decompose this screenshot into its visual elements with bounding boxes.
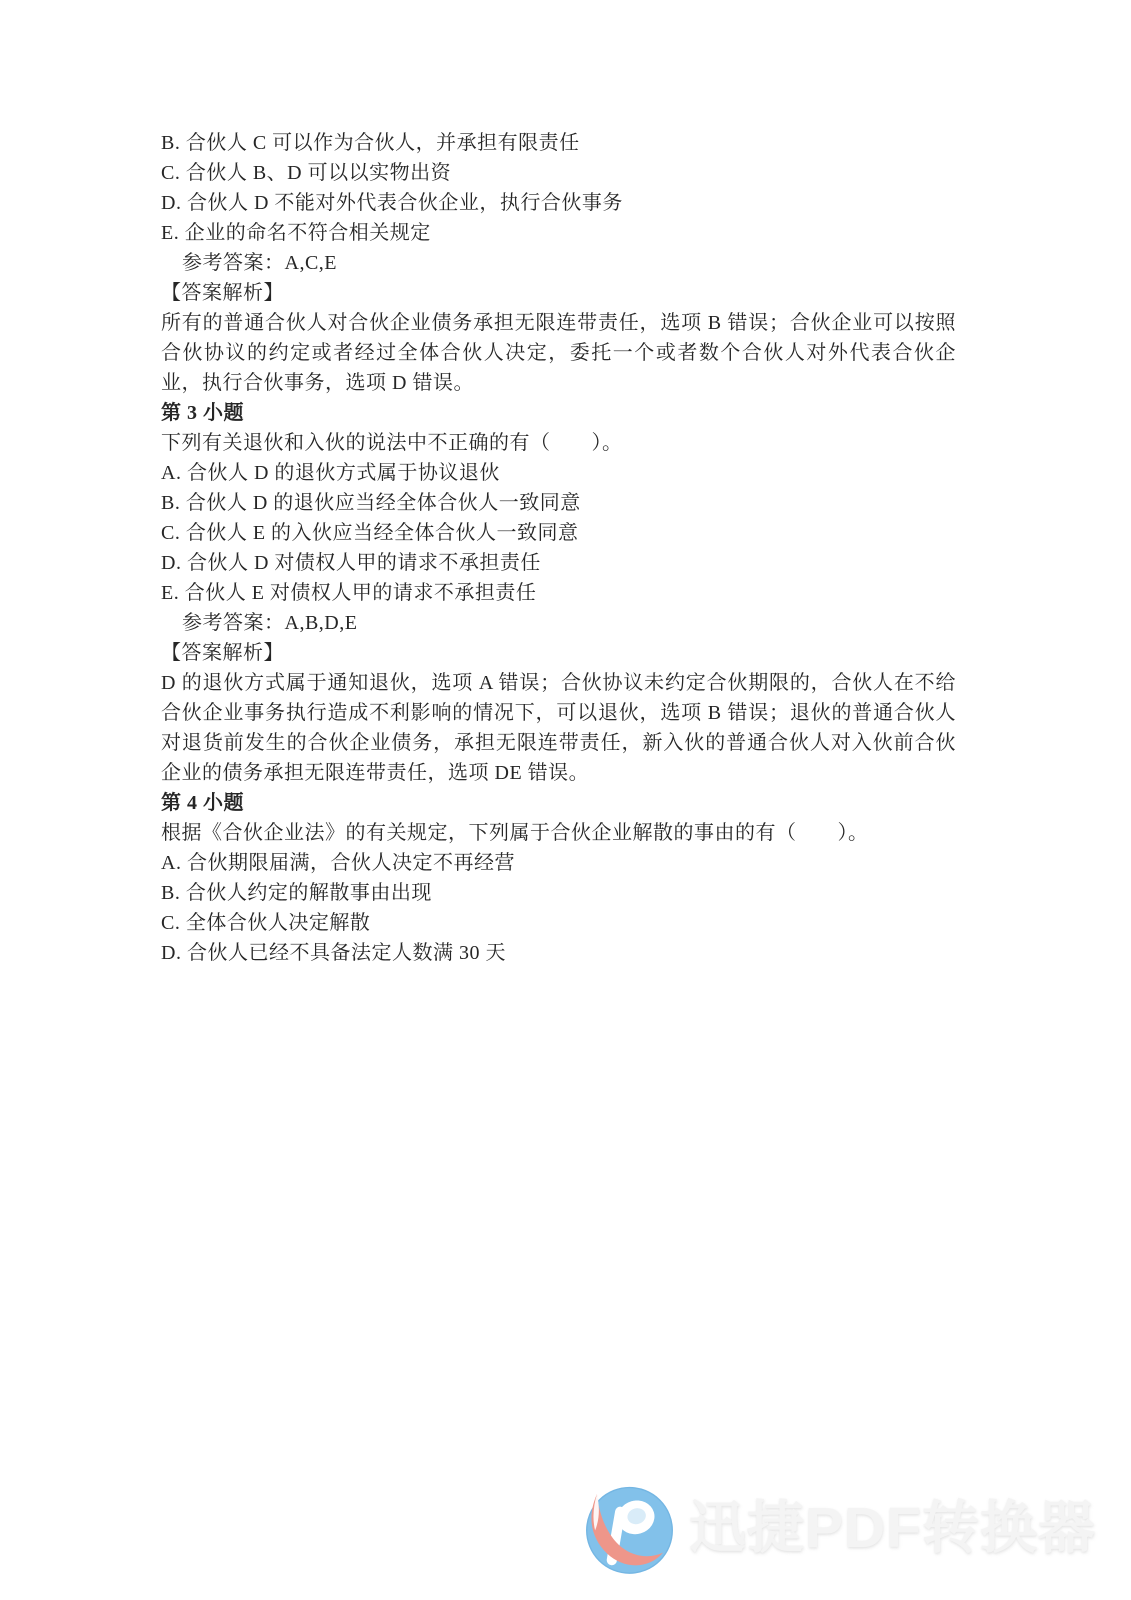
q2-option-b: B. 合伙人 C 可以作为合伙人，并承担有限责任 — [161, 128, 956, 158]
watermark: 迅捷PDF转换器 — [583, 1482, 1096, 1575]
q3-analysis-text: D 的退伙方式属于通知退伙，选项 A 错误；合伙协议未约定合伙期限的，合伙人在不… — [161, 668, 956, 788]
q2-analysis-text: 所有的普通合伙人对合伙企业债务承担无限连带责任，选项 B 错误；合伙企业可以按照… — [161, 308, 956, 398]
q2-analysis-heading: 【答案解析】 — [161, 278, 956, 308]
q3-analysis-heading: 【答案解析】 — [161, 638, 956, 668]
q4-option-b: B. 合伙人约定的解散事由出现 — [161, 878, 956, 908]
q3-stem: 下列有关退伙和入伙的说法中不正确的有（ ）。 — [161, 428, 956, 458]
q3-heading: 第 3 小题 — [161, 398, 956, 428]
q3-reference-answer: 参考答案：A,B,D,E — [161, 608, 956, 638]
q4-option-c: C. 全体合伙人决定解散 — [161, 908, 956, 938]
q3-option-d: D. 合伙人 D 对债权人甲的请求不承担责任 — [161, 548, 956, 578]
q3-option-e: E. 合伙人 E 对债权人甲的请求不承担责任 — [161, 578, 956, 608]
q3-option-c: C. 合伙人 E 的入伙应当经全体合伙人一致同意 — [161, 518, 956, 548]
q3-option-a: A. 合伙人 D 的退伙方式属于协议退伙 — [161, 458, 956, 488]
document-page: B. 合伙人 C 可以作为合伙人，并承担有限责任 C. 合伙人 B、D 可以以实… — [0, 0, 1131, 1600]
pdf-converter-logo-icon — [583, 1482, 676, 1575]
q4-heading: 第 4 小题 — [161, 788, 956, 818]
q2-option-c: C. 合伙人 B、D 可以以实物出资 — [161, 158, 956, 188]
q2-option-d: D. 合伙人 D 不能对外代表合伙企业，执行合伙事务 — [161, 188, 956, 218]
q4-option-a: A. 合伙期限届满，合伙人决定不再经营 — [161, 848, 956, 878]
exam-content: B. 合伙人 C 可以作为合伙人，并承担有限责任 C. 合伙人 B、D 可以以实… — [161, 128, 956, 968]
q3-option-b: B. 合伙人 D 的退伙应当经全体合伙人一致同意 — [161, 488, 956, 518]
watermark-text: 迅捷PDF转换器 — [689, 1482, 1096, 1575]
q4-option-d: D. 合伙人已经不具备法定人数满 30 天 — [161, 938, 956, 968]
q4-stem: 根据《合伙企业法》的有关规定，下列属于合伙企业解散的事由的有（ ）。 — [161, 818, 956, 848]
q2-option-e: E. 企业的命名不符合相关规定 — [161, 218, 956, 248]
q2-reference-answer: 参考答案：A,C,E — [161, 248, 956, 278]
